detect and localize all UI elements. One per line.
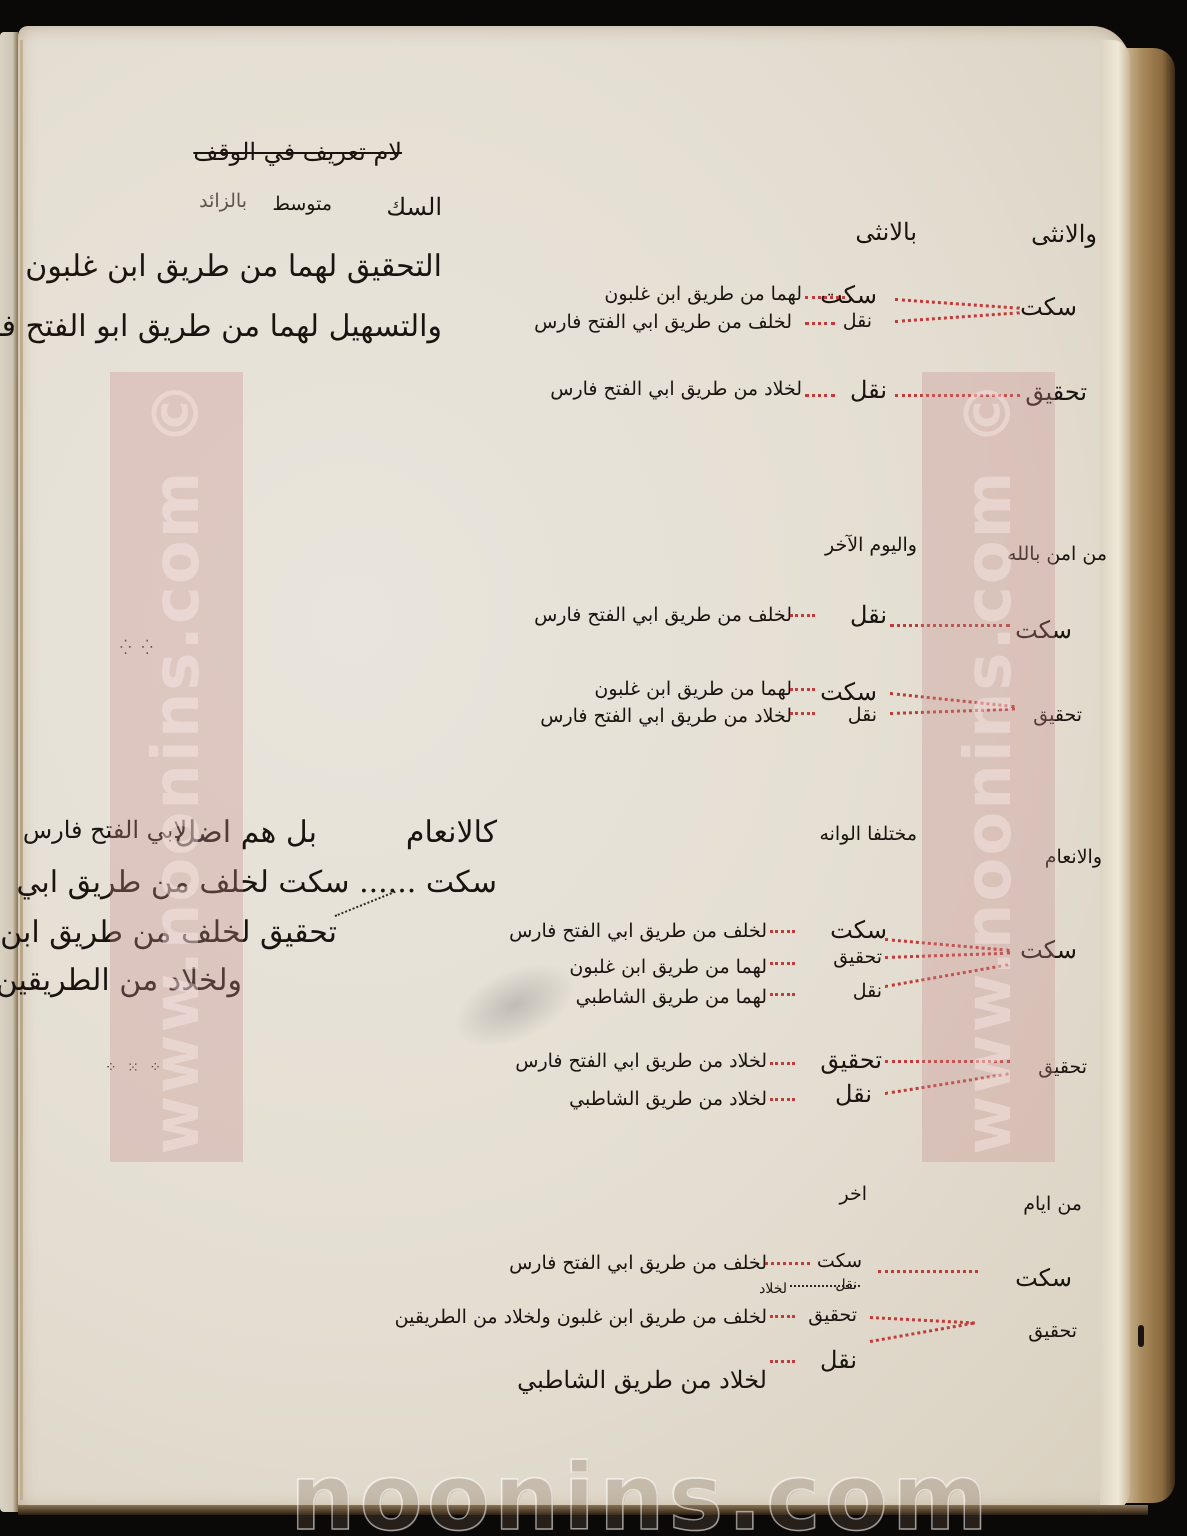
section1-sub-label-2: نقل [843, 312, 872, 331]
connector [878, 1270, 978, 1273]
section3-sub-label-4: تحقيق [820, 1048, 882, 1072]
section3-sub-label-2: تحقيق [833, 948, 882, 967]
connector [790, 688, 815, 691]
left-section-word-a: كالانعام [406, 818, 497, 848]
section4-sub-text-2: لخلاد [759, 1282, 787, 1296]
section2-sub-label-1: نقل [850, 603, 887, 627]
section3-sub-label-1: سكت [830, 918, 887, 942]
connector [770, 993, 795, 996]
section2-sub-text-3: لخلاد من طريق ابي الفتح فارس [540, 707, 792, 726]
left-block-line1-c: بالزائد [199, 192, 247, 211]
section1-word-mid: بالانثى [855, 220, 917, 244]
section3-sub-text-1: لخلف من طريق ابي الفتح فارس [509, 922, 767, 941]
connector [765, 1262, 810, 1265]
struck-heading: لام تعريف في الوقف [193, 140, 402, 164]
connector [770, 1062, 795, 1065]
section3-word-mid: مختلفا الوانه [819, 825, 917, 844]
connector [805, 322, 835, 325]
section4-sub-text-3: لخلف من طريق ابن غلبون ولخلاد من الطريقي… [395, 1308, 767, 1327]
watermark-band-left: www.noonins.com © [110, 372, 243, 1162]
connector [770, 1315, 795, 1318]
section4-group1-label: سكت [1015, 1266, 1072, 1290]
section2-sub-label-2: سكت [820, 680, 877, 704]
connector [790, 614, 815, 617]
gutter-line [20, 40, 23, 1500]
connector [805, 394, 835, 397]
left-block-line1-b: متوسط [272, 195, 332, 214]
section4-word-mid: اخر [839, 1185, 867, 1204]
connector [770, 930, 795, 933]
section1-word-right: والانثى [1031, 222, 1097, 246]
section2-sub-text-2: لهما من طريق ابن غلبون [594, 680, 792, 699]
section1-group1-label: سكت [1020, 295, 1077, 319]
watermark-text-left: www.noonins.com © [140, 379, 214, 1154]
facing-page-edge [0, 32, 18, 1512]
section3-sub-label-3: نقل [853, 982, 882, 1001]
page-right-edge [1100, 40, 1130, 1510]
section4-group2-label: تحقيق [1028, 1322, 1077, 1341]
section3-sub-text-4: لخلاد من طريق ابي الفتح فارس [515, 1052, 767, 1071]
section3-sub-text-3: لهما من طريق الشاطبي [576, 988, 767, 1007]
section2-sub-label-3: نقل [848, 706, 877, 725]
margin-numeral-mark [1138, 1325, 1144, 1347]
section2-word-mid: واليوم الآخر [825, 536, 917, 555]
section1-sub-text-2: لخلف من طريق ابي الفتح فارس [534, 313, 792, 332]
left-block-line2: التحقيق لهما من طريق ابن غلبون [25, 252, 442, 282]
section4-sub-text-1: لخلف من طريق ابي الفتح فارس [509, 1254, 767, 1273]
section2-sub-text-1: لخلف من طريق ابي الفتح فارس [534, 606, 792, 625]
section3-sub-text-2: لهما من طريق ابن غلبون [569, 958, 767, 977]
connector [790, 1285, 860, 1287]
book-fore-edge [1125, 48, 1175, 1503]
connector [805, 296, 845, 299]
section1-sub-text-1: لهما من طريق ابن غلبون [604, 285, 802, 304]
section3-sub-text-5: لخلاد من طريق الشاطبي [569, 1090, 767, 1109]
section4-sub-label-1: سكت [817, 1252, 862, 1271]
section4-sub-text-4: لخلاد من طريق الشاطبي [517, 1368, 767, 1392]
connector [770, 1360, 795, 1363]
left-block-line1-a: السك [386, 195, 442, 219]
connector [770, 1098, 795, 1101]
section1-sub-label-3: نقل [850, 378, 887, 402]
watermark-band-right: www.noonins.com © [922, 372, 1055, 1162]
watermark-text-right: www.noonins.com © [952, 379, 1026, 1154]
section4-sub-label-3: تحقيق [808, 1306, 857, 1325]
section3-sub-label-5: نقل [835, 1082, 872, 1106]
section4-word-right: من ايام [1023, 1195, 1082, 1214]
connector [770, 962, 795, 965]
section4-sub-label-4: نقل [820, 1348, 857, 1372]
left-block-line3: والتسهيل لهما من طريق ابو الفتح فارس [0, 312, 442, 342]
connector [790, 712, 815, 715]
left-section-line2: سكت ...... سكت لخلف من طريق ابي [16, 868, 497, 898]
section1-sub-label-1: سكت [820, 283, 877, 307]
watermark-bottom: noonins.com [290, 1452, 992, 1536]
section1-sub-text-3: لخلاد من طريق ابي الفتح فارس [550, 380, 802, 399]
